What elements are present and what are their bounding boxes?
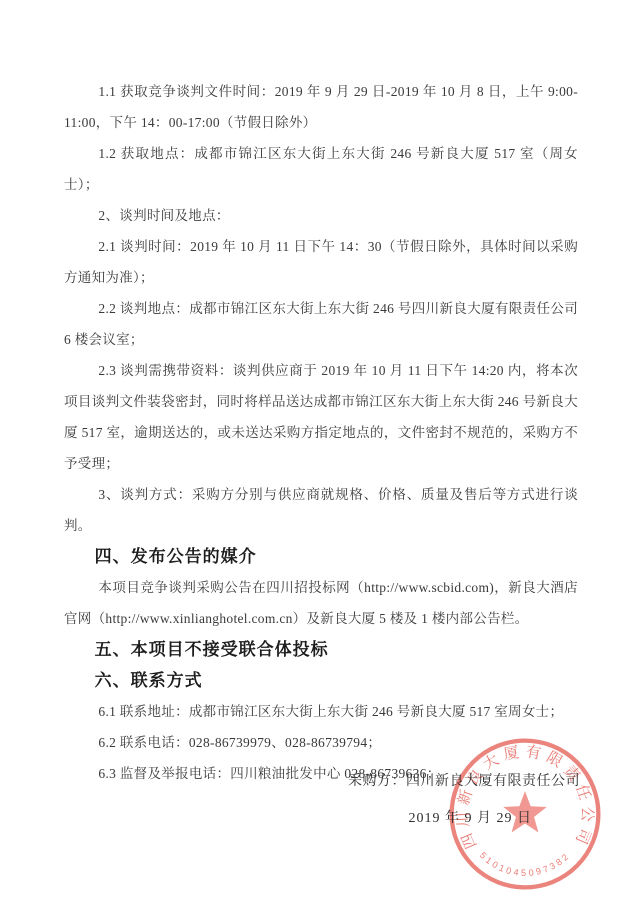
document-body: 1.1 获取竞争谈判文件时间：2019 年 9 月 29 日-2019 年 10… — [64, 76, 578, 789]
signature-date: 2019 年 9 月 29 日 — [348, 809, 532, 829]
heading-contact-info: 六、联系方式 — [64, 665, 578, 696]
para-announcement-media: 本项目竞争谈判采购公告在四川招投标网（http://www.scbid.com)… — [64, 572, 578, 634]
document-page: 1.1 获取竞争谈判文件时间：2019 年 9 月 29 日-2019 年 10… — [0, 0, 642, 904]
seal-serial-number: 5101045097382 — [478, 850, 572, 878]
heading-announcement-media: 四、发布公告的媒介 — [64, 541, 578, 572]
para-obtain-time: 1.1 获取竞争谈判文件时间：2019 年 9 月 29 日-2019 年 10… — [64, 76, 578, 138]
purchaser-name: 采购方：四川新良大厦有限责任公司 — [348, 772, 580, 792]
heading-no-consortium-bids: 五、本项目不接受联合体投标 — [64, 634, 578, 665]
para-negotiation-location: 2.2 谈判地点：成都市锦江区东大街上东大街 246 号四川新良大厦有限责任公司… — [64, 293, 578, 355]
para-negotiation-time: 2.1 谈判时间：2019 年 10 月 11 日下午 14：30（节假日除外，… — [64, 231, 578, 293]
para-negotiation-materials: 2.3 谈判需携带资料：谈判供应商于 2019 年 10 月 11 日下午 14… — [64, 355, 578, 479]
signature-block: 采购方：四川新良大厦有限责任公司 2019 年 9 月 29 日 — [348, 772, 580, 829]
para-obtain-location: 1.2 获取地点：成都市锦江区东大街上东大街 246 号新良大厦 517 室（周… — [64, 138, 578, 200]
para-negotiation-time-location-title: 2、谈判时间及地点： — [64, 200, 578, 231]
para-contact-address: 6.1 联系地址：成都市锦江区东大街上东大街 246 号新良大厦 517 室周女… — [64, 696, 578, 727]
para-negotiation-method: 3、谈判方式：采购方分别与供应商就规格、价格、质量及售后等方式进行谈判。 — [64, 479, 578, 541]
